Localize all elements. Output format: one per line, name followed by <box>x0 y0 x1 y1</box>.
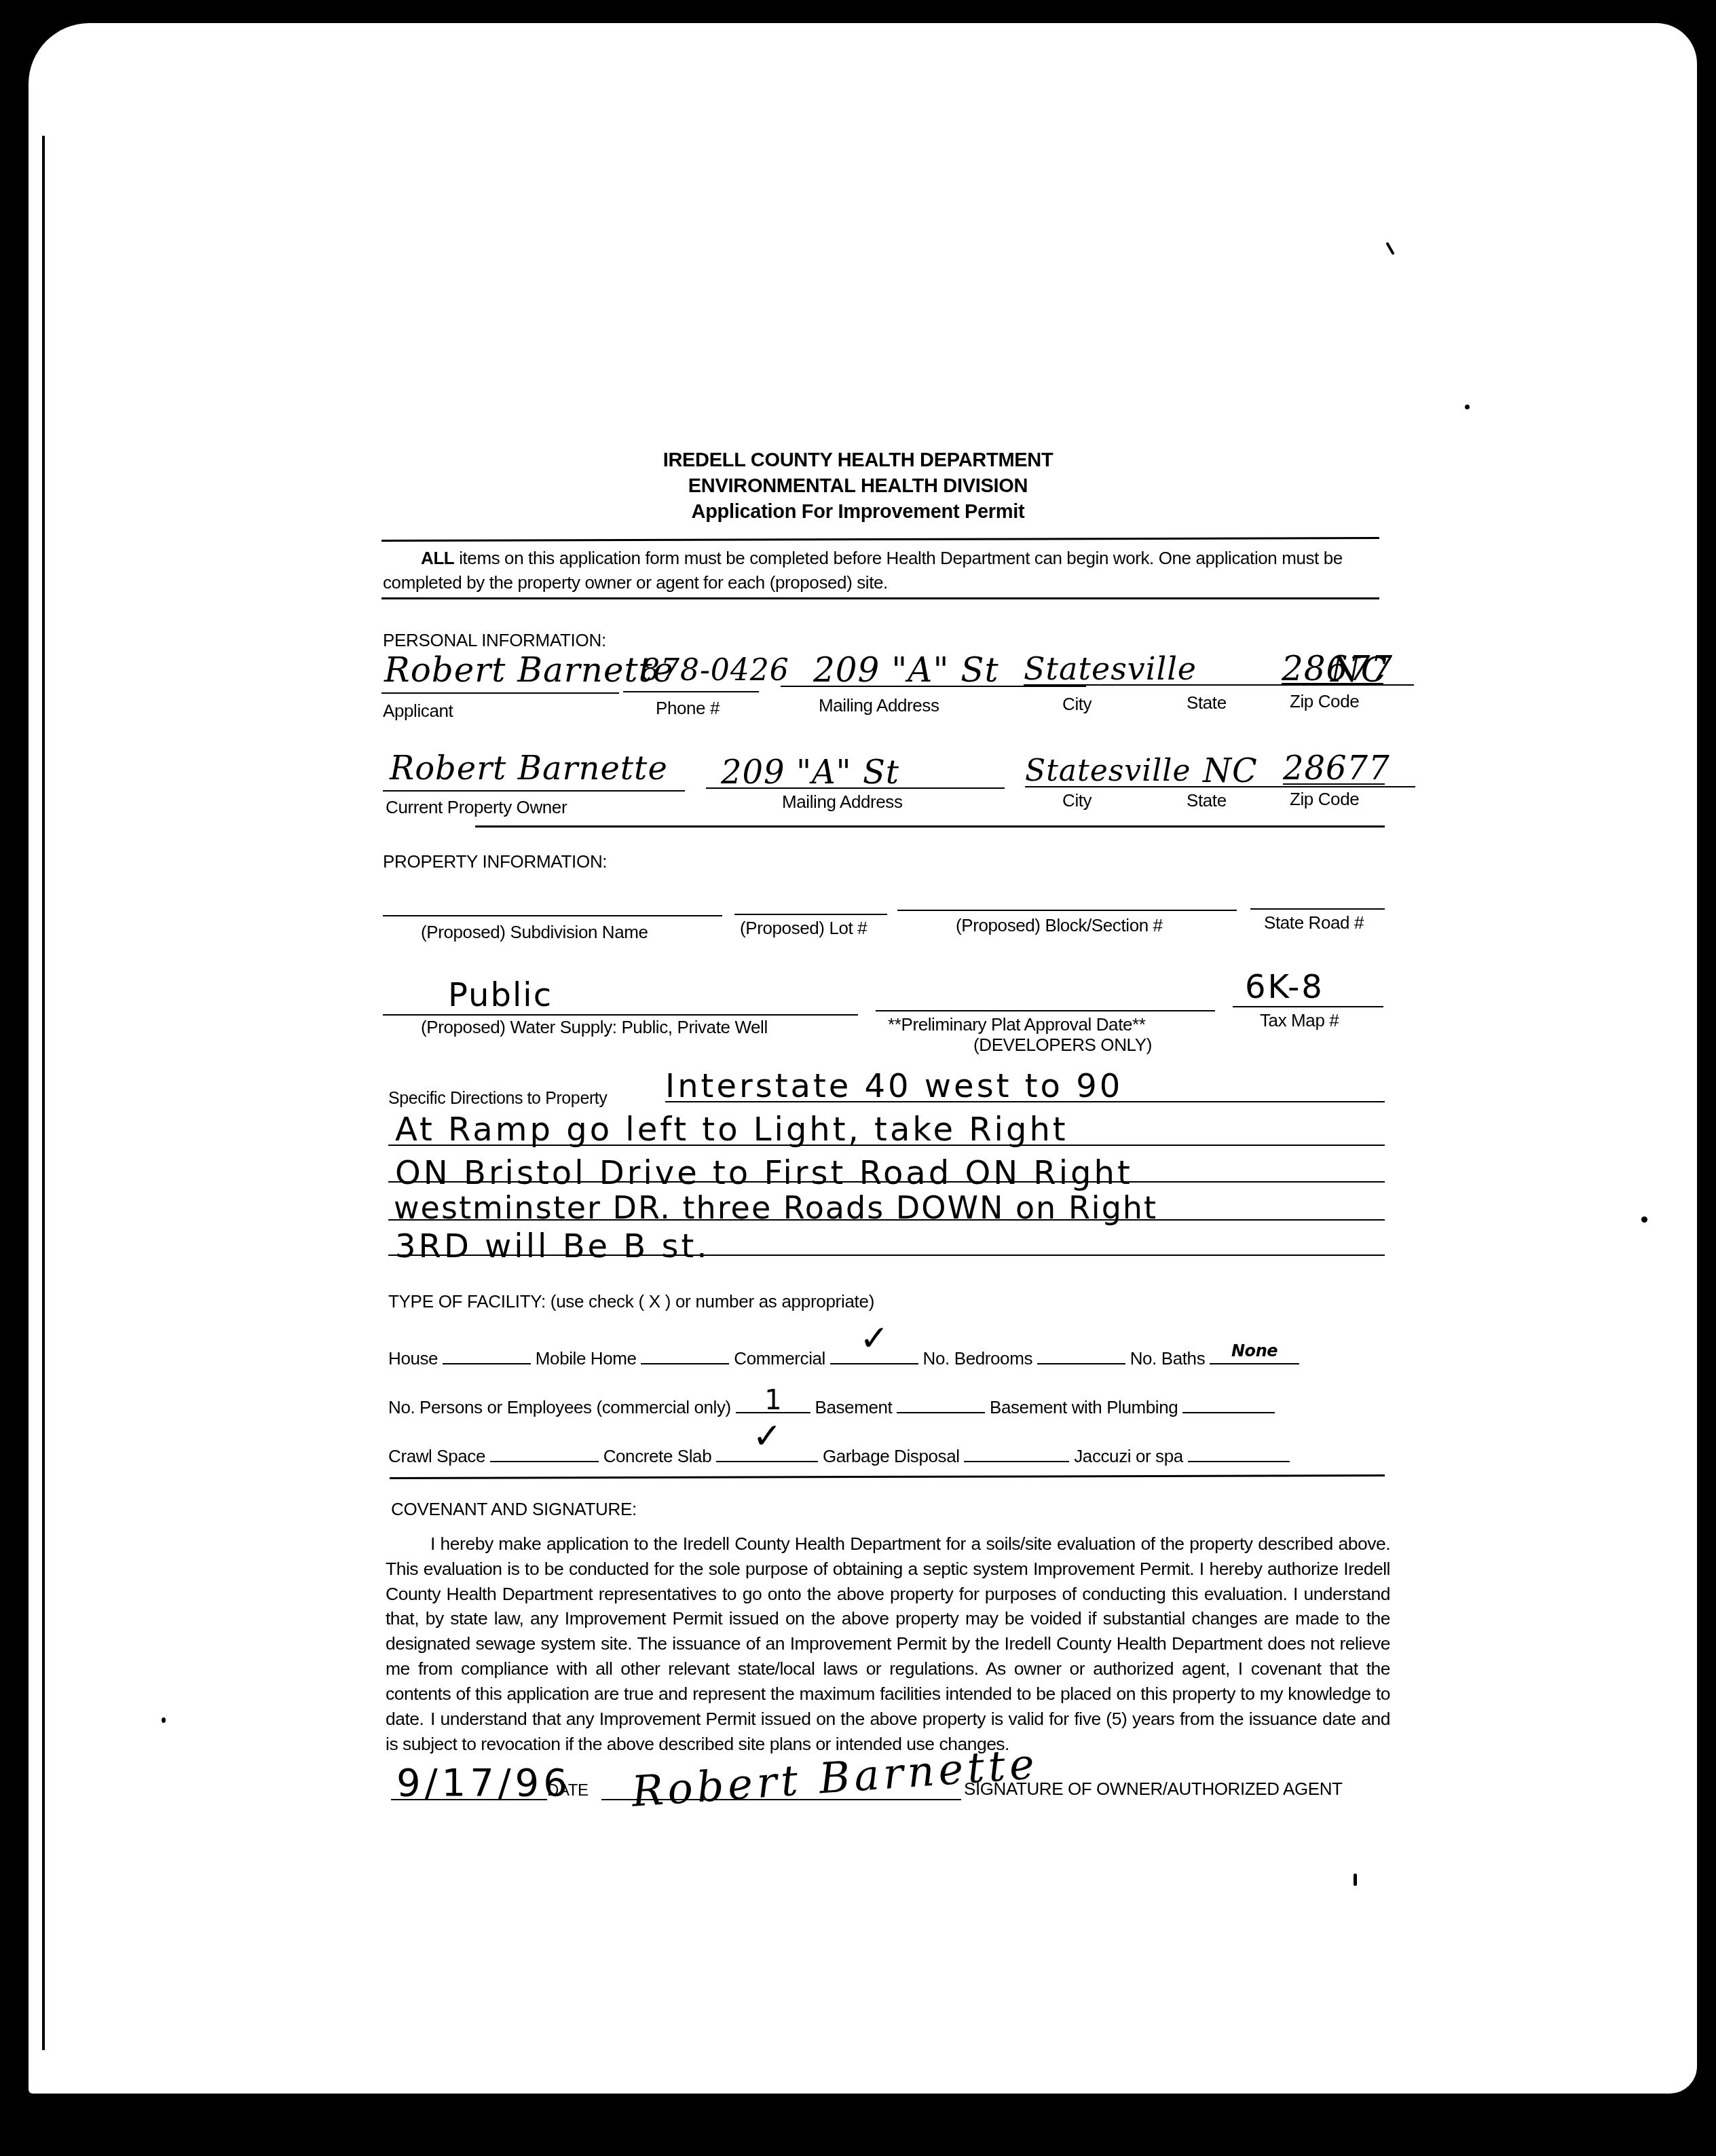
directions-line-1[interactable]: Interstate 40 west to 90 <box>665 1067 1123 1105</box>
applicant-name-value[interactable]: Robert Barnette <box>384 650 673 690</box>
facility-row-2: No. Persons or Employees (commercial onl… <box>388 1394 1386 1418</box>
form-title-division: ENVIRONMENTAL HEALTH DIVISION <box>0 475 1716 498</box>
instructions: ALL items on this application form must … <box>383 546 1387 595</box>
baths-value: None <box>1210 1341 1299 1360</box>
owner-name-value[interactable]: Robert Barnette <box>390 749 668 787</box>
directions-underline <box>665 1101 1385 1102</box>
signature-line <box>601 1799 961 1800</box>
commercial-field[interactable]: ✓ <box>830 1345 918 1364</box>
bedrooms-field[interactable] <box>1037 1345 1125 1364</box>
applicant-name-line <box>381 692 619 694</box>
directions-underline <box>388 1145 1385 1146</box>
owner-address-value[interactable]: 209 "A" St <box>721 754 899 792</box>
zip-label: Zip Code <box>1290 691 1359 712</box>
directions-label: Specific Directions to Property <box>388 1089 607 1109</box>
lot-label: (Proposed) Lot # <box>740 918 867 939</box>
date-label: DATE <box>547 1781 589 1800</box>
crawl-space-label: Crawl Space <box>388 1446 485 1466</box>
section-covenant-signature: COVENANT AND SIGNATURE: <box>391 1499 637 1520</box>
block-label: (Proposed) Block/Section # <box>956 915 1163 936</box>
persons-employees-value: 1 <box>736 1385 810 1416</box>
garbage-disposal-field[interactable] <box>964 1443 1069 1462</box>
directions-line-3[interactable]: ON Bristol Drive to First Road ON Right <box>395 1154 1133 1192</box>
owner-name-line <box>383 790 685 792</box>
section-type-of-facility: TYPE OF FACILITY: (use check ( X ) or nu… <box>388 1291 874 1312</box>
state-road-label: State Road # <box>1264 912 1364 933</box>
directions-underline <box>388 1219 1385 1221</box>
mobile-home-field[interactable] <box>641 1345 729 1364</box>
house-field[interactable] <box>443 1345 531 1364</box>
scan-edge-line <box>42 136 45 2050</box>
jaccuzi-label: Jaccuzi or spa <box>1074 1446 1183 1466</box>
block-line[interactable] <box>897 910 1237 911</box>
water-supply-label: (Proposed) Water Supply: Public, Private… <box>421 1017 768 1038</box>
water-supply-value[interactable]: Public <box>448 976 553 1014</box>
mailing-address-label: Mailing Address <box>819 695 939 716</box>
directions-underline <box>388 1254 1385 1256</box>
directions-underline <box>388 1181 1385 1183</box>
subdivision-label: (Proposed) Subdivision Name <box>421 922 648 943</box>
checkmark-icon: ✓ <box>830 1339 918 1363</box>
form-title-department: IREDELL COUNTY HEALTH DEPARTMENT <box>0 449 1716 472</box>
applicant-phone-value[interactable]: 878-0426 <box>641 653 789 688</box>
owner-zip-line <box>1283 783 1385 785</box>
city-label: City <box>1062 694 1092 715</box>
form-title-application: Application For Improvement Permit <box>0 501 1716 523</box>
divider <box>381 597 1379 599</box>
basement-plumbing-label: Basement with Plumbing <box>990 1397 1178 1417</box>
concrete-slab-field[interactable]: ✓ <box>716 1443 818 1462</box>
concrete-slab-label: Concrete Slab <box>603 1446 712 1466</box>
baths-field[interactable]: None <box>1210 1345 1299 1364</box>
basement-plumbing-field[interactable] <box>1182 1394 1275 1413</box>
tax-map-line <box>1233 1006 1383 1007</box>
owner-label: Current Property Owner <box>386 797 567 818</box>
date-line <box>391 1799 547 1800</box>
instructions-emphasis: ALL <box>421 548 454 568</box>
directions-line-5[interactable]: 3RD will Be B st. <box>395 1227 710 1265</box>
scan-artifact <box>1354 1874 1357 1886</box>
owner-city-label: City <box>1062 790 1092 811</box>
basement-label: Basement <box>815 1397 892 1417</box>
covenant-text-1: I hereby make application to the Iredell… <box>386 1534 1390 1729</box>
facility-row-3: Crawl Space Concrete Slab ✓ Garbage Disp… <box>388 1443 1386 1467</box>
divider <box>475 825 1385 828</box>
instructions-text: items on this application form must be c… <box>383 548 1343 593</box>
house-label: House <box>388 1348 438 1369</box>
scan-artifact <box>346 2108 394 2118</box>
tax-map-value[interactable]: 6K-8 <box>1245 968 1324 1006</box>
state-road-line[interactable] <box>1250 908 1385 910</box>
commercial-label: Commercial <box>734 1348 825 1369</box>
bedrooms-label: No. Bedrooms <box>923 1348 1032 1369</box>
scan-artifact <box>1465 405 1470 409</box>
zip-line <box>1282 683 1383 684</box>
owner-address-line <box>706 787 1005 789</box>
baths-label: No. Baths <box>1130 1348 1206 1369</box>
directions-line-2[interactable]: At Ramp go left to Light, take Right <box>395 1111 1068 1149</box>
owner-state-value[interactable]: NC <box>1203 752 1258 790</box>
plat-date-label: **Preliminary Plat Approval Date** <box>888 1014 1145 1035</box>
owner-zip-label: Zip Code <box>1290 789 1359 810</box>
applicant-label: Applicant <box>383 701 453 722</box>
owner-city-value[interactable]: Statesville <box>1025 754 1191 788</box>
garbage-disposal-label: Garbage Disposal <box>823 1446 960 1466</box>
section-personal-information: PERSONAL INFORMATION: <box>383 630 606 651</box>
plat-date-line[interactable] <box>876 1010 1215 1011</box>
scan-artifact <box>162 1717 166 1723</box>
basement-field[interactable] <box>897 1394 985 1413</box>
scan-artifact <box>407 2103 462 2119</box>
water-supply-line <box>383 1014 858 1016</box>
tax-map-label: Tax Map # <box>1260 1010 1339 1031</box>
section-property-information: PROPERTY INFORMATION: <box>383 851 607 872</box>
plat-date-note: (DEVELOPERS ONLY) <box>973 1035 1152 1056</box>
persons-employees-field[interactable]: 1 <box>736 1394 810 1413</box>
owner-mailing-address-label: Mailing Address <box>782 792 903 813</box>
checkmark-icon: ✓ <box>716 1436 818 1461</box>
facility-row-1: House Mobile Home Commercial ✓ No. Bedro… <box>388 1345 1386 1369</box>
jaccuzi-field[interactable] <box>1188 1443 1290 1462</box>
persons-employees-label: No. Persons or Employees (commercial onl… <box>388 1397 731 1417</box>
mobile-home-label: Mobile Home <box>536 1348 637 1369</box>
applicant-city-value[interactable]: Statesville <box>1024 650 1197 687</box>
phone-label: Phone # <box>656 698 720 719</box>
signature-label: SIGNATURE OF OWNER/AUTHORIZED AGENT <box>964 1779 1343 1800</box>
applicant-address-value[interactable]: 209 "A" St <box>813 650 999 690</box>
lot-line[interactable] <box>734 914 887 915</box>
scan-artifact <box>1641 1216 1647 1223</box>
phone-line <box>623 691 759 692</box>
covenant-text-2: I understand that any Improvement Permit… <box>386 1709 1390 1754</box>
subdivision-line[interactable] <box>383 915 722 916</box>
owner-zip-value[interactable]: 28677 <box>1283 749 1390 787</box>
state-label: State <box>1187 692 1227 713</box>
covenant-paragraph-1: I hereby make application to the Iredell… <box>386 1531 1390 1731</box>
crawl-space-field[interactable] <box>490 1443 599 1462</box>
owner-state-label: State <box>1187 790 1227 811</box>
